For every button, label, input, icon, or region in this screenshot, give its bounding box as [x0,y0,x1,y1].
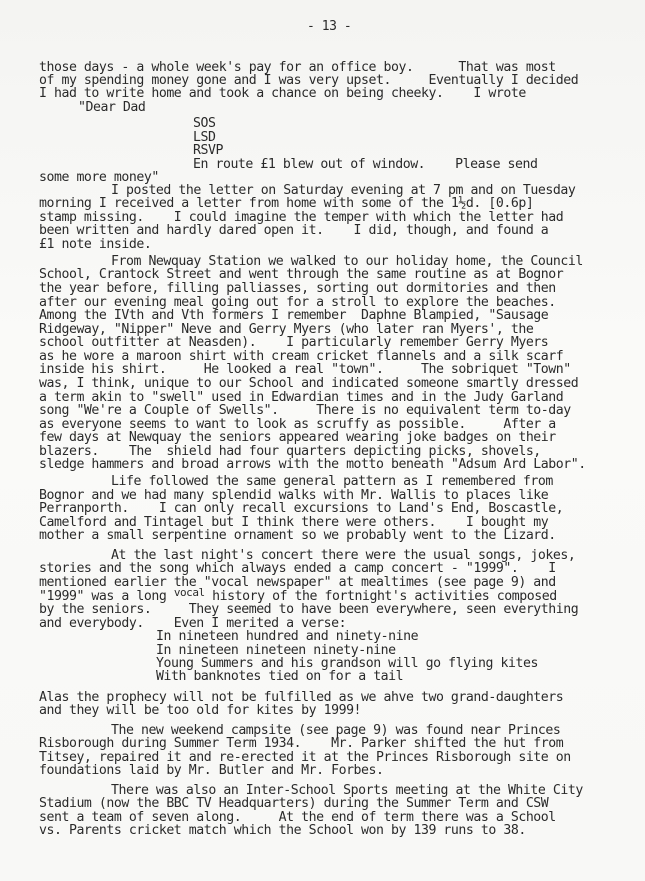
text-line: been written and hardly dared open it. I… [39,224,548,238]
text-line: £1 note inside. [39,238,151,252]
text-line: was, I think, unique to our School and i… [39,377,578,391]
text-line: Among the IVth and Vth formers I remembe… [39,309,548,323]
text-line: "Dear Dad [78,101,145,115]
text-line: few days at Newquay the seniors appeared… [39,431,556,445]
text-line: school outfitter at Neasden). I particul… [39,336,548,350]
text-line: In nineteen hundred and ninety-nine [156,630,418,644]
text-line: song "We're a Couple of Swells". There i… [39,404,571,418]
text-segment: "1999" was a long [39,589,174,604]
text-line: I had to write home and took a chance on… [39,87,526,101]
superscript-insertion: vocal [174,586,205,599]
text-line: inside his shirt. He looked a real "town… [39,363,571,377]
text-line: foundations laid by Mr. Butler and Mr. F… [39,764,384,778]
text-line: morning I received a letter from home wi… [39,197,533,211]
text-line: the year before, filling palliasses, sor… [39,282,556,296]
text-line: Life followed the same general pattern a… [111,475,553,489]
text-line-vocal: "1999" was a long vocal history of the f… [39,590,557,604]
text-line: RSVP [193,144,223,158]
text-line: With banknotes tied on for a tail [156,670,403,684]
text-line: Stadium (now the BBC TV Headquarters) du… [39,797,548,811]
text-line: vs. Parents cricket match which the Scho… [39,824,526,838]
text-line: sledge hammers and broad arrows with the… [39,458,586,472]
text-line: stories and the song which always ended … [39,562,556,576]
text-line: School, Crantock Street and went through… [39,268,563,282]
document-page: - 13 - those days - a whole week's pay f… [0,0,645,881]
page-number: - 13 - [307,20,351,34]
text-line: mother a small serpentine ornament so we… [39,529,556,543]
text-line: SOS [193,117,215,131]
text-line: by the seniors. They seemed to have been… [39,603,578,617]
text-line: mentioned earlier the "vocal newspaper" … [39,576,556,590]
text-line: Perranporth. I can only recall excursion… [39,502,563,516]
text-segment: history of the fortnight's activities co… [205,589,557,604]
text-line: Risborough during Summer Term 1934. Mr. … [39,737,563,751]
text-line: En route £1 blew out of window. Please s… [193,158,538,172]
text-line: and they will be too old for kites by 19… [39,704,361,718]
